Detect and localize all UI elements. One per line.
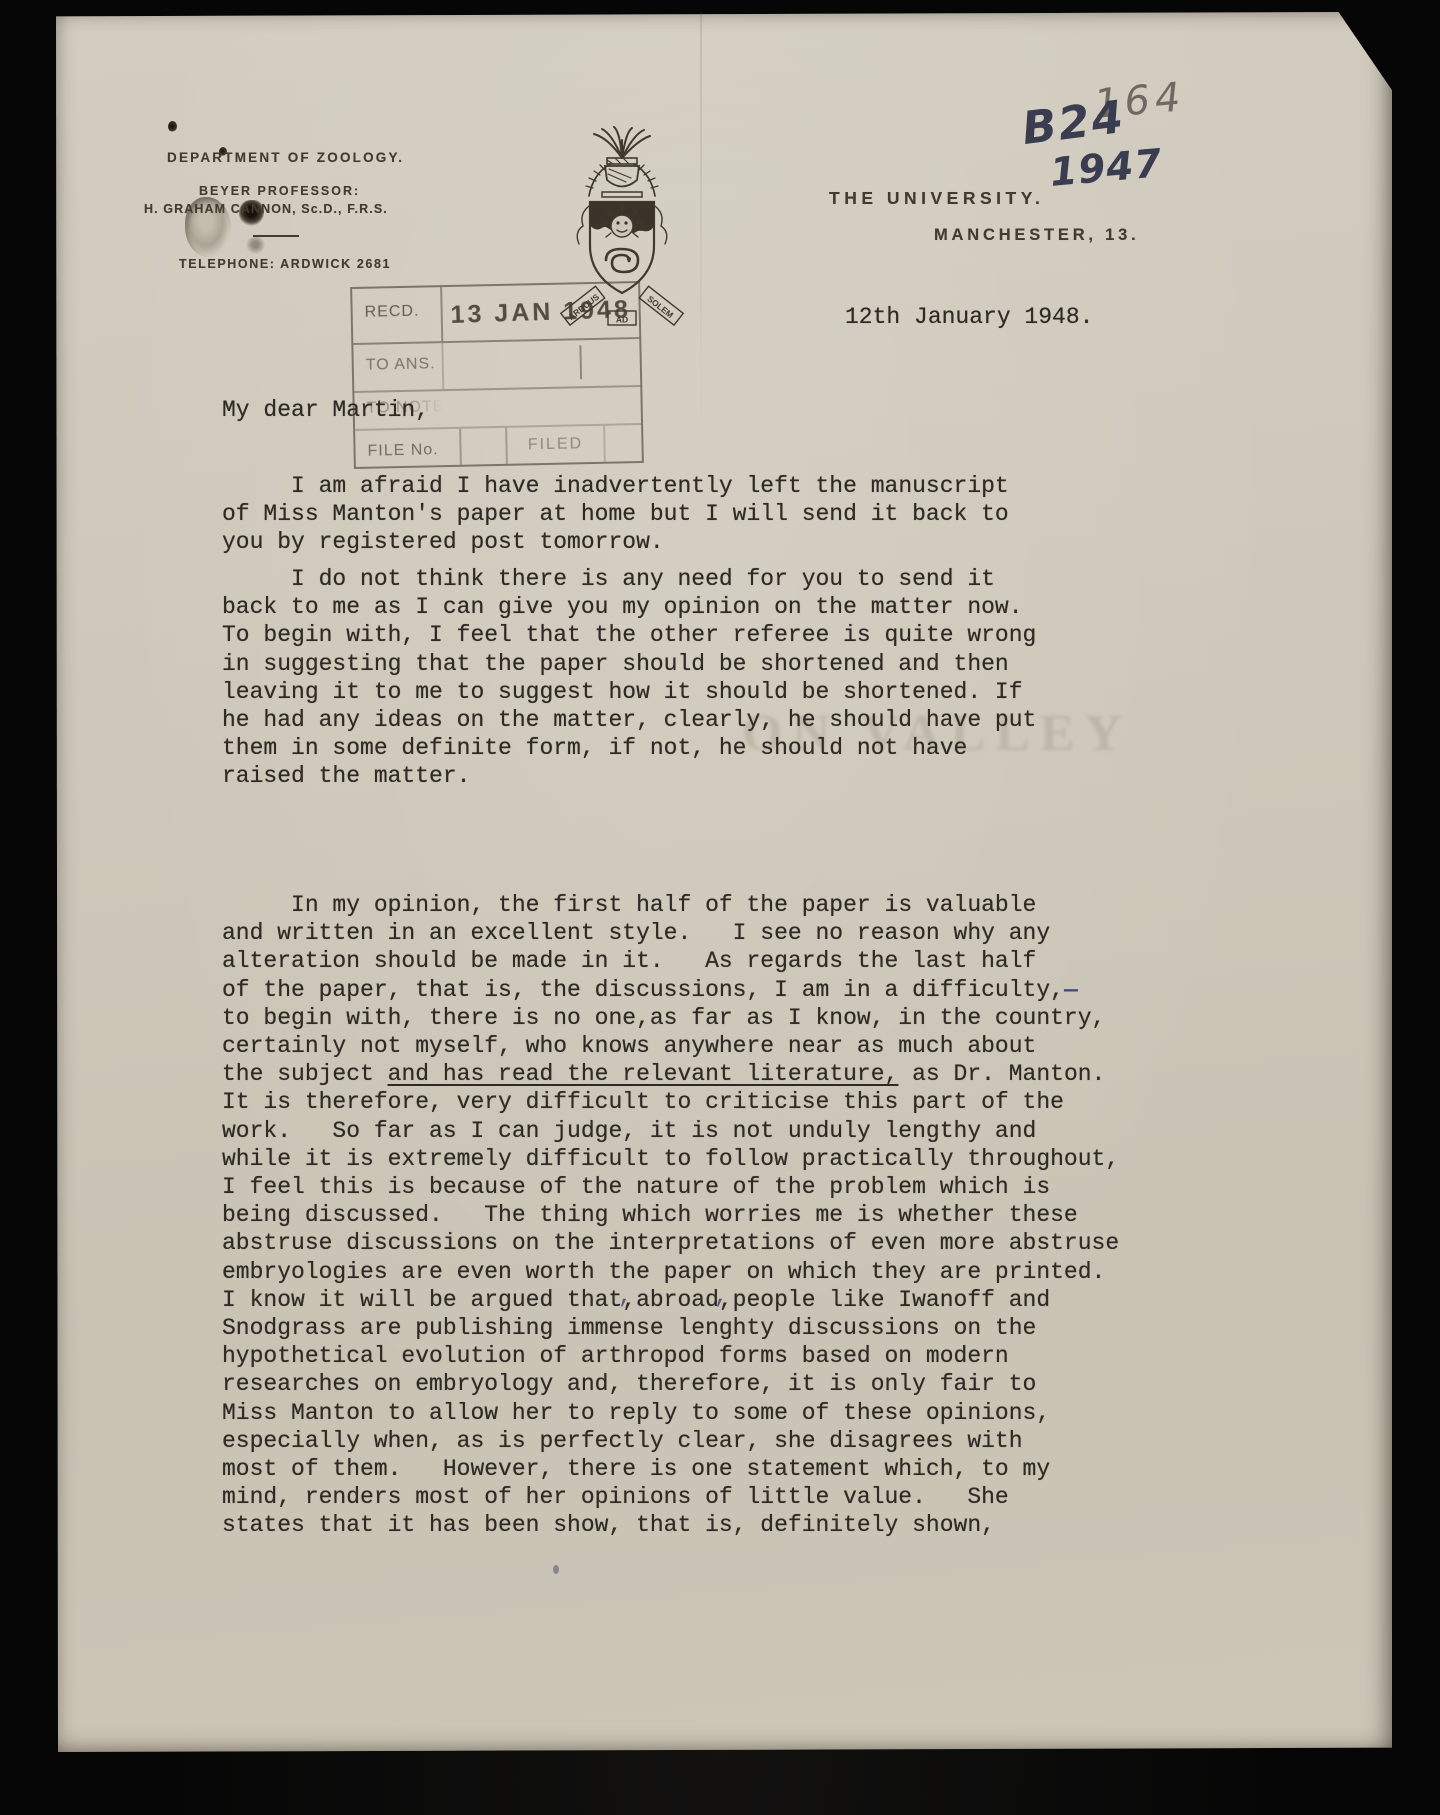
stamp-filed-label: FILED bbox=[507, 426, 606, 464]
underlined-phrase: and has read the relevant literature, bbox=[388, 1061, 899, 1087]
stamp-to-note-field bbox=[444, 387, 641, 427]
letter-paragraph-1: I am afraid I have inadvertently left th… bbox=[222, 472, 1342, 557]
paper-crease bbox=[700, 12, 702, 442]
stamp-divider bbox=[579, 345, 582, 379]
letterhead-divider bbox=[253, 235, 299, 237]
letter-content: ON VALLEY DEPARTMENT OF ZOOLOGY. BEYER P… bbox=[0, 0, 1440, 1815]
letterhead-city: MANCHESTER, 13. bbox=[934, 226, 1140, 245]
letterhead-professor-title: BEYER PROFESSOR: bbox=[199, 184, 360, 198]
letterhead-telephone: TELEPHONE: ARDWICK 2681 bbox=[179, 257, 391, 271]
paper-tear bbox=[246, 237, 265, 254]
blue-ink-dash: — bbox=[1064, 977, 1078, 1003]
letterhead-university: THE UNIVERSITY. bbox=[829, 188, 1044, 209]
scanner-bed: ON VALLEY DEPARTMENT OF ZOOLOGY. BEYER P… bbox=[0, 0, 1440, 1815]
paper-hole bbox=[168, 121, 177, 132]
paragraph-3-text: as Dr. Manton. It is therefore, very dif… bbox=[222, 1061, 1119, 1538]
stamp-recd-label: RECD. bbox=[352, 287, 443, 343]
stamp-to-ans-field bbox=[443, 339, 640, 389]
letter-salutation: My dear Martin, bbox=[222, 396, 429, 424]
paragraph-3-text: In my opinion, the first half of the pap… bbox=[222, 892, 1064, 1003]
stamp-filed-field bbox=[605, 425, 642, 462]
blue-ink-comma: , bbox=[714, 1283, 728, 1310]
stamp-file-no-field bbox=[461, 428, 508, 465]
stamp-to-ans-label: TO ANS. bbox=[353, 343, 444, 391]
letter-paragraph-3: In my opinion, the first half of the pap… bbox=[222, 891, 1362, 1540]
letter-paragraph-2: I do not think there is any need for you… bbox=[222, 565, 1342, 791]
letterhead-professor-name: H. GRAHAM CANNON, Sc.D., F.R.S. bbox=[144, 202, 388, 216]
letterhead-department: DEPARTMENT OF ZOOLOGY. bbox=[167, 150, 404, 165]
letter-date: 12th January 1948. bbox=[845, 303, 1093, 331]
university-crest-icon: ARDUUS SOLEM AD bbox=[548, 126, 696, 334]
ink-speck bbox=[553, 1565, 559, 1574]
stamp-file-no-label: FILE No. bbox=[355, 429, 462, 467]
crest-motto-center: AD bbox=[616, 315, 628, 325]
ink-year-annotation: 1947 bbox=[1048, 141, 1164, 196]
blue-ink-comma: , bbox=[618, 1283, 632, 1310]
